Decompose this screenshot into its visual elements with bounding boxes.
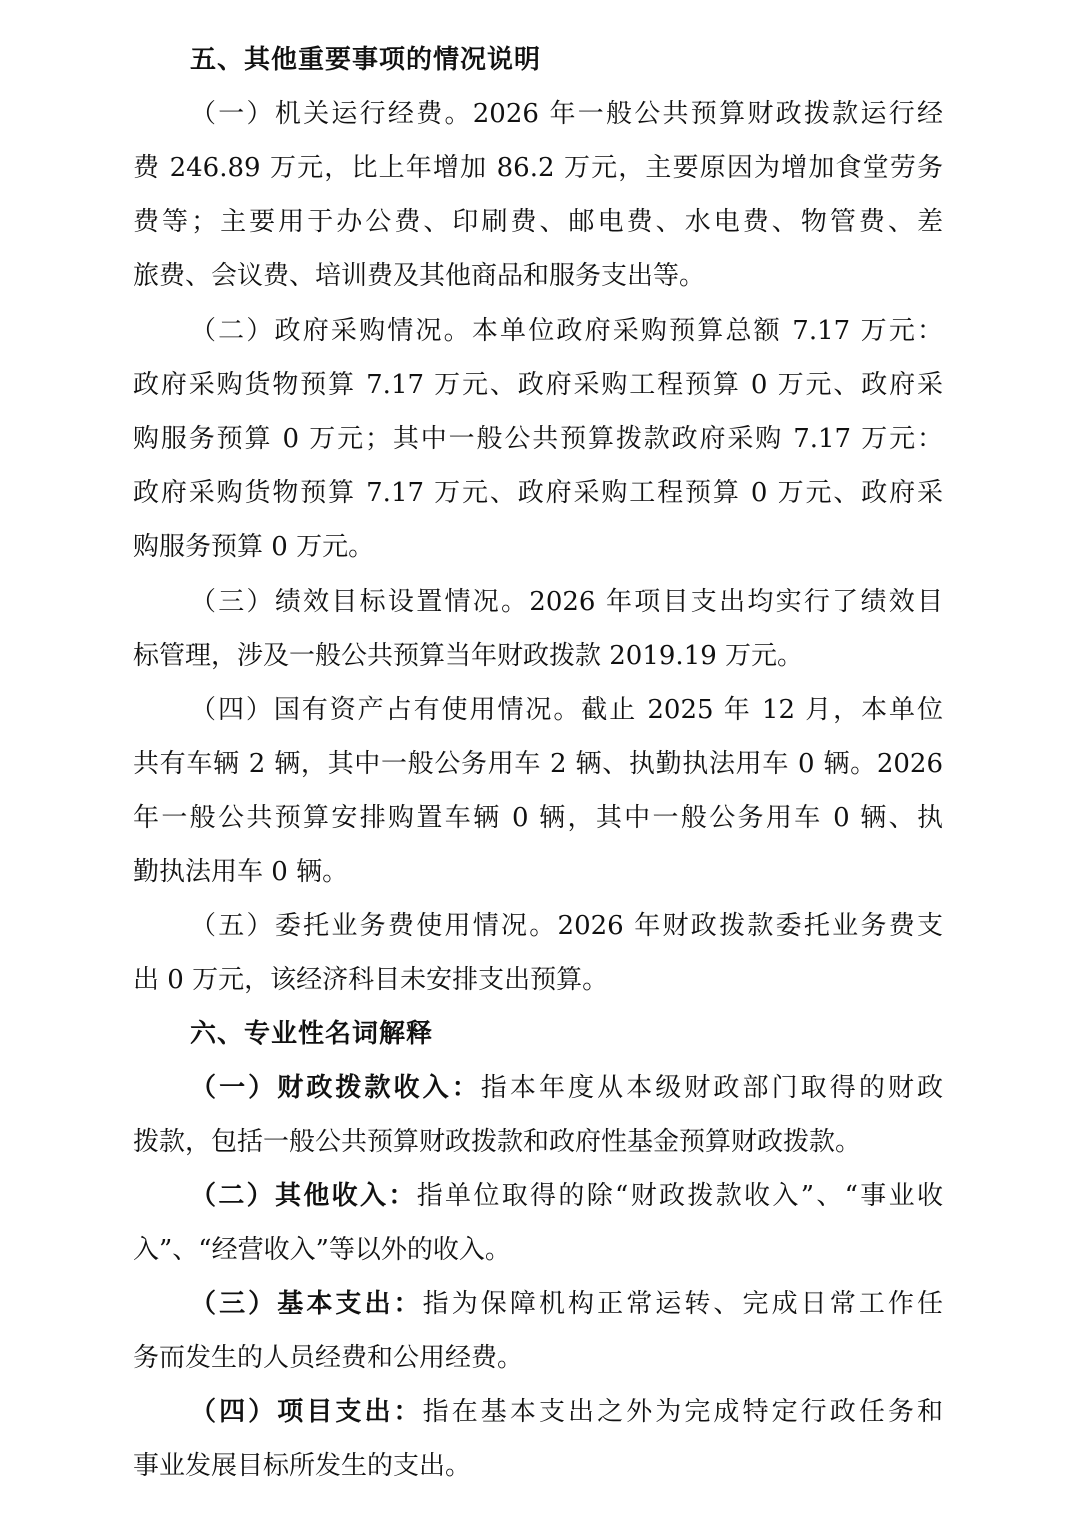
term-definition-line: （一）财政拨款收入：指本年度从本级财政部门取得的财政 (190, 1068, 943, 1108)
paragraph-line: 政府采购货物预算 7.17 万元、政府采购工程预算 0 万元、政府采 (133, 365, 943, 405)
term-label: （三）基本支出： (190, 1289, 423, 1319)
term-text: 指本年度从本级财政部门取得的财政 (481, 1073, 943, 1103)
term-definition-line: （四）项目支出：指在基本支出之外为完成特定行政任务和 (190, 1392, 943, 1432)
paragraph-line: （四）国有资产占有使用情况。截止 2025 年 12 月，本单位 (190, 690, 943, 730)
term-label: （四）项目支出： (190, 1397, 423, 1427)
section-heading-other-matters: 五、其他重要事项的情况说明 (190, 40, 541, 80)
paragraph-line: 政府采购货物预算 7.17 万元、政府采购工程预算 0 万元、政府采 (133, 473, 943, 513)
paragraph-line: 事业发展目标所发生的支出。 (133, 1446, 943, 1486)
paragraph-line: 年一般公共预算安排购置车辆 0 辆，其中一般公务用车 0 辆、执 (133, 798, 943, 838)
paragraph-line: （一）机关运行经费。2026 年一般公共预算财政拨款运行经 (190, 94, 943, 134)
term-text: 指在基本支出之外为完成特定行政任务和 (423, 1397, 943, 1427)
term-label: （二）其他收入： (190, 1181, 417, 1211)
term-definition-line: （三）基本支出：指为保障机构正常运转、完成日常工作任 (190, 1284, 943, 1324)
paragraph-line: （三）绩效目标设置情况。2026 年项目支出均实行了绩效目 (190, 582, 943, 622)
paragraph-line: 购服务预算 0 万元。 (133, 527, 943, 567)
term-label: （一）财政拨款收入： (190, 1073, 481, 1103)
term-text: 指为保障机构正常运转、完成日常工作任 (423, 1289, 943, 1319)
paragraph-line: （二）政府采购情况。本单位政府采购预算总额 7.17 万元： (190, 311, 943, 351)
paragraph-line: （五）委托业务费使用情况。2026 年财政拨款委托业务费支 (190, 906, 943, 946)
document-page: 五、其他重要事项的情况说明 （一）机关运行经费。2026 年一般公共预算财政拨款… (0, 0, 1074, 1520)
paragraph-line: 旅费、会议费、培训费及其他商品和服务支出等。 (133, 256, 943, 296)
paragraph-line: 入”、“经营收入”等以外的收入。 (133, 1230, 943, 1270)
paragraph-line: 费 246.89 万元，比上年增加 86.2 万元，主要原因为增加食堂劳务 (133, 148, 943, 188)
paragraph-line: 费等；主要用于办公费、印刷费、邮电费、水电费、物管费、差 (133, 202, 943, 242)
paragraph-line: 共有车辆 2 辆，其中一般公务用车 2 辆、执勤执法用车 0 辆。2026 (133, 744, 943, 784)
paragraph-line: 购服务预算 0 万元；其中一般公共预算拨款政府采购 7.17 万元： (133, 419, 943, 459)
term-definition-line: （二）其他收入：指单位取得的除“财政拨款收入”、“事业收 (190, 1176, 943, 1216)
paragraph-line: 勤执法用车 0 辆。 (133, 852, 943, 892)
paragraph-line: 务而发生的人员经费和公用经费。 (133, 1338, 943, 1378)
section-heading-term-definitions: 六、专业性名词解释 (190, 1014, 433, 1054)
term-text: 指单位取得的除“财政拨款收入”、“事业收 (417, 1181, 943, 1211)
paragraph-line: 拨款，包括一般公共预算财政拨款和政府性基金预算财政拨款。 (133, 1122, 943, 1162)
paragraph-line: 出 0 万元，该经济科目未安排支出预算。 (133, 960, 943, 1000)
paragraph-line: 标管理，涉及一般公共预算当年财政拨款 2019.19 万元。 (133, 636, 943, 676)
